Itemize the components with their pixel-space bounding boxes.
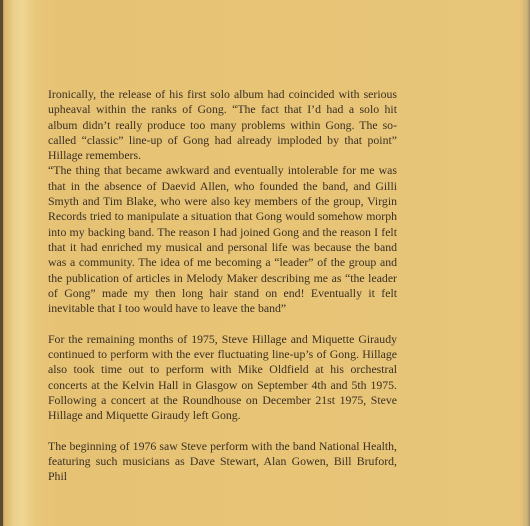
paragraph-solo-album: Ironically, the release of his first sol…: [48, 87, 397, 163]
paragraph-1975-months: For the remaining months of 1975, Steve …: [48, 332, 397, 424]
paragraph-spacer: [48, 316, 397, 331]
page-spine-edge: [0, 0, 3, 526]
body-text: Ironically, the release of his first sol…: [48, 87, 397, 485]
booklet-page: Ironically, the release of his first sol…: [0, 0, 530, 526]
paragraph-hillage-quote: “The thing that became awkward and event…: [48, 163, 397, 316]
paragraph-spacer: [48, 424, 397, 439]
paragraph-1976-national-health: The beginning of 1976 saw Steve perform …: [48, 439, 397, 485]
